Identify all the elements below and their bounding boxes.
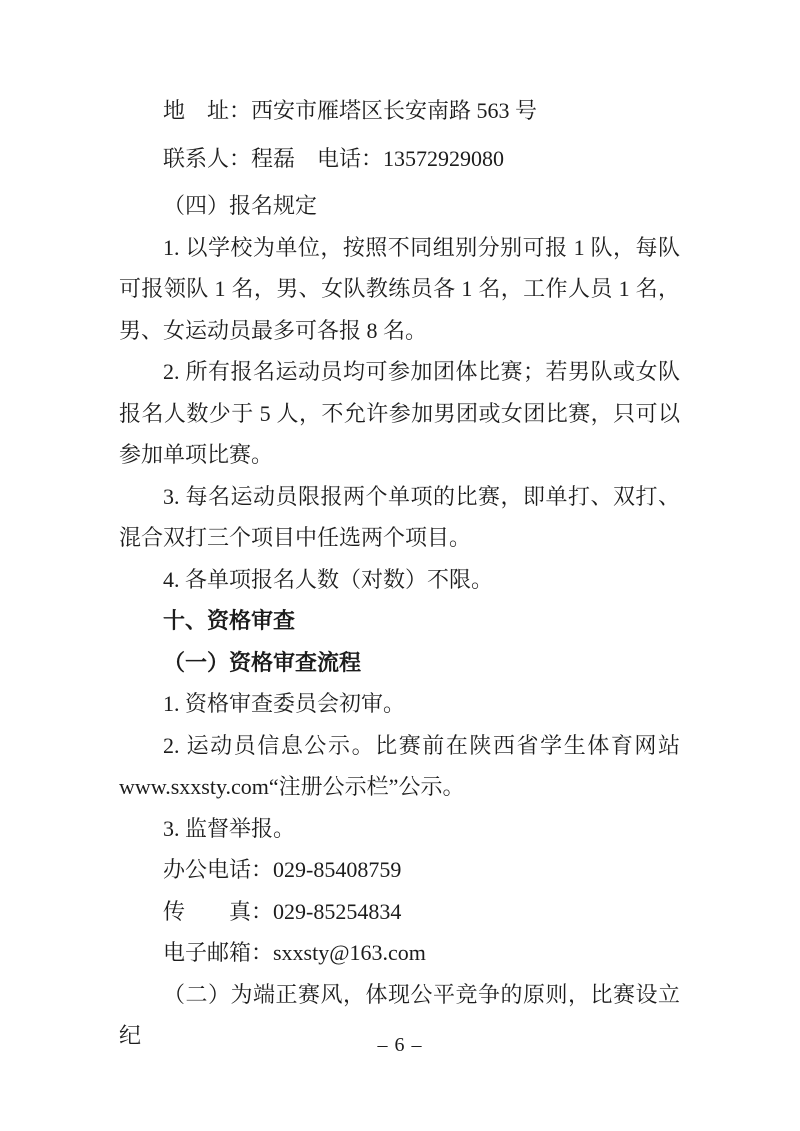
subsection-heading-review-process: （一）资格审查流程 bbox=[119, 642, 680, 684]
subsection-heading-registration-rules: （四）报名规定 bbox=[119, 185, 680, 227]
rule-item-4: 4. 各单项报名人数（对数）不限。 bbox=[119, 559, 680, 601]
document-body: 地 址：西安市雁塔区长安南路 563 号 联系人：程磊 电话：135729290… bbox=[119, 90, 680, 1057]
section-heading-qualification-review: 十、资格审查 bbox=[119, 600, 680, 642]
rule-item-2: 2. 所有报名运动员均可参加团体比赛；若男队或女队报名人数少于 5 人，不允许参… bbox=[119, 351, 680, 476]
process-item-1: 1. 资格审查委员会初审。 bbox=[119, 683, 680, 725]
office-phone-line: 办公电话：029-85408759 bbox=[119, 849, 680, 891]
rule-item-1: 1. 以学校为单位，按照不同组别分别可报 1 队，每队可报领队 1 名，男、女队… bbox=[119, 227, 680, 352]
rule-item-3: 3. 每名运动员限报两个单项的比赛，即单打、双打、混合双打三个项目中任选两个项目… bbox=[119, 476, 680, 559]
document-page: 地 址：西安市雁塔区长安南路 563 号 联系人：程磊 电话：135729290… bbox=[0, 0, 800, 1131]
page-number: – 6 – bbox=[0, 1034, 800, 1057]
fax-line: 传 真：029-85254834 bbox=[119, 891, 680, 933]
process-item-3: 3. 监督举报。 bbox=[119, 808, 680, 850]
process-item-2: 2. 运动员信息公示。比赛前在陕西省学生体育网站 www.sxxsty.com“… bbox=[119, 725, 680, 808]
address-line: 地 址：西安市雁塔区长安南路 563 号 bbox=[119, 90, 680, 132]
email-line: 电子邮箱：sxxsty@163.com bbox=[119, 932, 680, 974]
contact-phone-line: 联系人：程磊 电话：13572929080 bbox=[119, 138, 680, 180]
